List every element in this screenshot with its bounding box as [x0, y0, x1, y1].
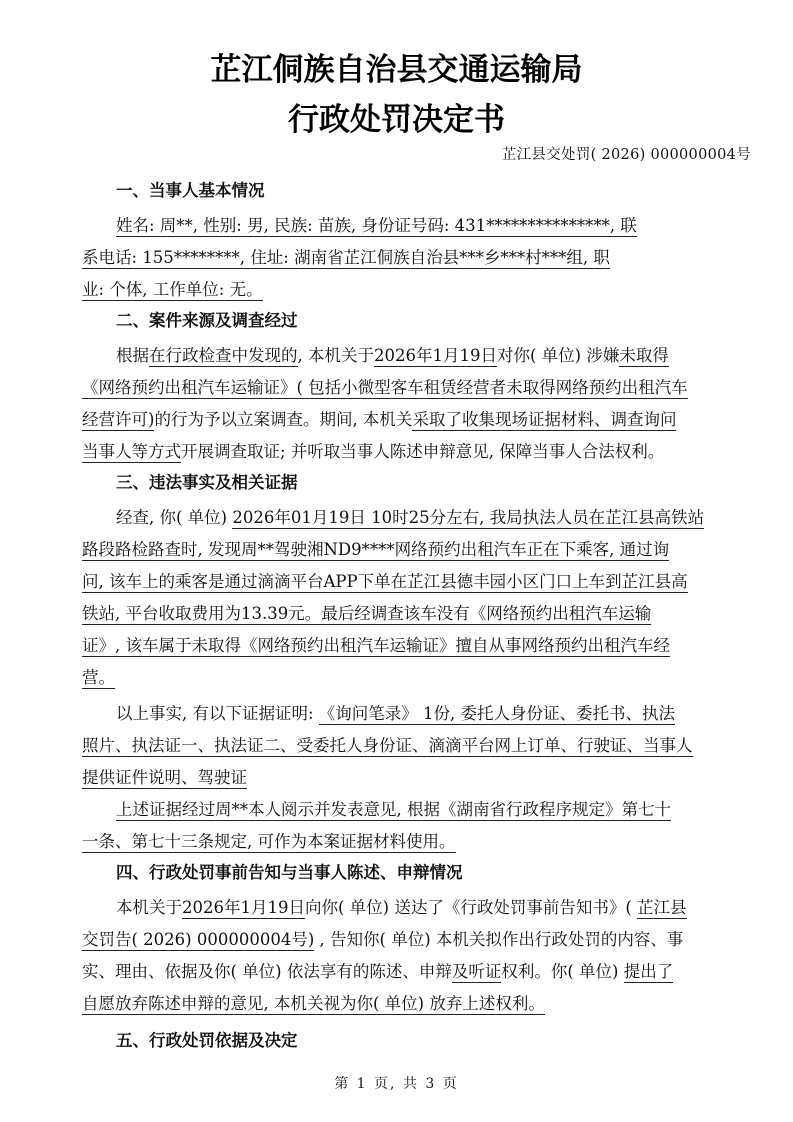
notice-date: 2026年1月19日	[182, 898, 305, 919]
party-info-line: 姓名: 周**, 性别: 男, 民族: 苗族, 身份证号码: 431******…	[116, 216, 637, 237]
text: , 本机关于	[298, 346, 375, 365]
evidence-list: 《询问笔录》 1份, 委托人身份证、委托书、执法	[319, 704, 675, 725]
violation-facts-paragraph: 经查, 你( 单位) 2026年01月19日 10时25分左右, 我局执法人员在…	[82, 502, 748, 694]
issuing-authority-title: 芷江侗族自治县交通运输局	[0, 44, 793, 89]
text: 开展调查取证; 并听取当事人陈述申辩意见, 保障当事人合法权利。	[181, 442, 664, 461]
text: 经查, 你( 单位)	[116, 508, 232, 527]
evidence-paragraph: 以上事实, 有以下证据证明: 《询问笔录》 1份, 委托人身份证、委托书、执法 …	[82, 698, 748, 794]
violation-text: 《网络预约出租汽车运输证》( 包括小微型客车租赁经营者未取得网络预约出租汽车	[82, 378, 688, 399]
text: , 告知你( 单位) 本机关拟作出行政处罚的内容、事	[314, 930, 683, 949]
page-indicator: 第 1 页, 共 3 页	[0, 1073, 793, 1093]
discovery-method: 在行政检查中发现的	[149, 346, 298, 367]
violation-facts: 营。	[82, 668, 115, 689]
violation-facts: 问, 该车上的乘客是通过滴滴平台APP下单在芷江县德丰园小区门口上车到芷江县高	[82, 572, 688, 593]
text: 根据	[116, 346, 149, 365]
violation-text: 未取得	[619, 346, 669, 367]
text: 以上事实, 有以下证据证明:	[116, 704, 319, 723]
section-heading-party-info: 一、当事人基本情况	[82, 176, 748, 210]
case-source-paragraph: 根据在行政检查中发现的, 本机关于2026年1月19日对你( 单位) 涉嫌未取得…	[82, 340, 748, 468]
prior-notice-paragraph: 本机关于2026年1月19日向你( 单位) 送达了《行政处罚事前告知书》( 芷江…	[82, 892, 748, 1020]
case-date: 2026年1月19日	[374, 346, 497, 367]
section-heading-case-source: 二、案件来源及调查经过	[82, 306, 748, 340]
text: 实、理由、依据及你( 单位) 依法享有的陈述、申辩	[82, 962, 452, 981]
document-type-title: 行政处罚决定书	[0, 94, 793, 139]
notice-number: 交罚告( 2026) 000000004号)	[82, 930, 314, 951]
violation-facts: 证》, 该车属于未取得《网络预约出租汽车运输证》擅自从事网络预约出租汽车经	[82, 636, 670, 657]
text: 对你( 单位) 涉嫌	[497, 346, 619, 365]
evidence-list: 提供证件说明、驾驶证	[82, 768, 247, 789]
investigation-method: 采取了收集现场证据材料、调查询问	[412, 410, 676, 431]
section-heading-penalty-basis: 五、行政处罚依据及决定	[82, 1026, 748, 1060]
party-response: 提出了	[624, 962, 674, 983]
text: 的行为予以立案调查。期间, 本机关	[154, 410, 412, 429]
evidence-list: 照片、执法证一、执法证二、受委托人身份证、滴滴平台网上订单、行驶证、当事人	[82, 736, 693, 757]
party-response: 自愿放弃陈述申辩的意见, 本机关视为你( 单位) 放弃上述权利。	[82, 994, 545, 1015]
violation-facts: 铁站, 平台收取费用为13.39元。最后经调查该车没有《网络预约出租汽车运输	[82, 604, 651, 625]
evidence-review-paragraph: 上述证据经过周**本人阅示并发表意见, 根据《湖南省行政程序规定》第七十 一条、…	[82, 794, 748, 858]
party-info-line: 系电话: 155********, 住址: 湖南省芷江侗族自治县***乡***村…	[82, 248, 610, 269]
evidence-review: 上述证据经过周**本人阅示并发表意见, 根据《湖南省行政程序规定》第七十	[116, 800, 671, 821]
investigation-method: 当事人等方式	[82, 442, 181, 463]
document-body: 一、当事人基本情况 姓名: 周**, 性别: 男, 民族: 苗族, 身份证号码:…	[82, 176, 748, 1060]
notice-number: 芷江县	[637, 898, 687, 919]
violation-text: 经营许可)	[82, 410, 154, 431]
document-number: 芷江县交处罚( 2026) 000000004号	[502, 143, 751, 164]
hearing-right: 及听证	[452, 962, 502, 983]
evidence-review: 一条、第七十三条规定, 可作为本案证据材料使用。	[82, 832, 456, 853]
text: 本机关于	[116, 898, 182, 917]
violation-facts: 2026年01月19日 10时25分左右, 我局执法人员在芷江县高铁站	[232, 508, 704, 529]
section-heading-violation-facts: 三、违法事实及相关证据	[82, 468, 748, 502]
violation-facts: 路段路检路查时, 发现周**驾驶湘ND9****网络预约出租汽车正在下乘客, 通…	[82, 540, 669, 561]
party-info-line: 业: 个体, 工作单位: 无。	[82, 280, 263, 301]
text: 权利。你( 单位)	[501, 962, 623, 981]
section-heading-prior-notice: 四、行政处罚事前告知与当事人陈述、申辩情况	[82, 858, 748, 892]
text: 向你( 单位) 送达了《行政处罚事前告知书》(	[305, 898, 637, 917]
party-info-paragraph: 姓名: 周**, 性别: 男, 民族: 苗族, 身份证号码: 431******…	[82, 210, 748, 306]
